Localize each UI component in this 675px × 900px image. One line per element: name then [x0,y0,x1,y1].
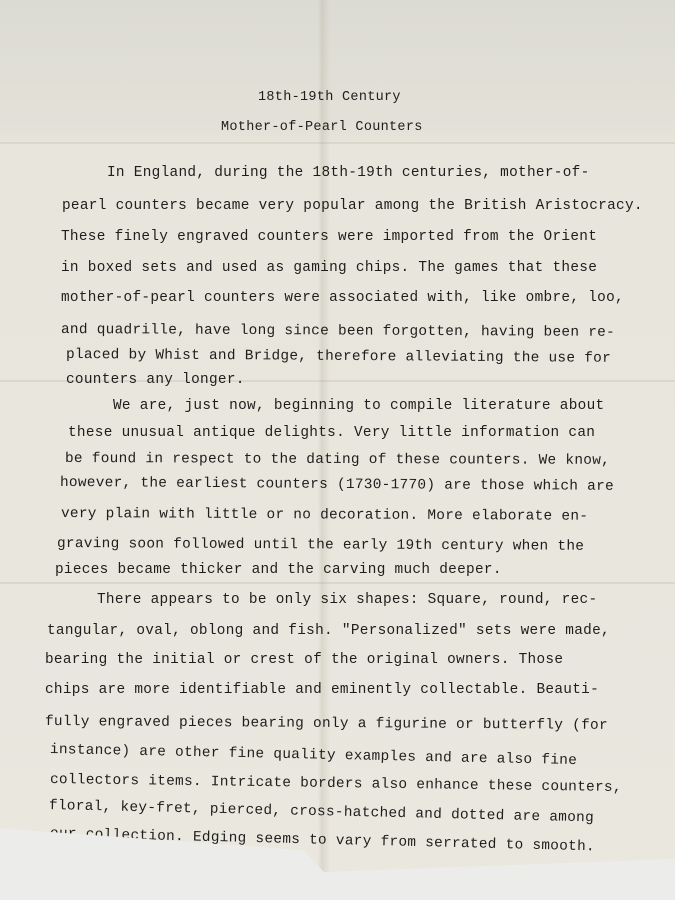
paragraph-2-line: We are, just now, beginning to compile l… [113,398,604,414]
paragraph-1-line: counters any longer. [66,372,245,388]
paragraph-2-line: however, the earliest counters (1730-177… [60,475,614,495]
paragraph-2-line: graving soon followed until the early 19… [57,536,584,555]
paragraph-1-line: pearl counters became very popular among… [62,198,643,214]
paragraph-3-line: tangular, oval, oblong and fish. "Person… [47,623,610,639]
paragraph-3-line: There appears to be only six shapes: Squ… [97,592,597,608]
heading-line1: 18th-19th Century [258,90,401,105]
typed-document-page: 18th-19th Century Mother-of-Pearl Counte… [0,0,675,872]
paragraph-3-line: instance) are other fine quality example… [50,742,577,769]
paragraph-3-line: bearing the initial or crest of the orig… [45,652,563,668]
paragraph-1-line: In England, during the 18th-19th centuri… [107,165,590,181]
paragraph-2-line: very plain with little or no decoration.… [61,506,588,525]
fold-crease [0,142,675,144]
paragraph-3-line: floral, key-fret, pierced, cross-hatched… [49,798,594,826]
paragraph-1-line: placed by Whist and Bridge, therefore al… [66,347,611,367]
paragraph-3-line: chips are more identifiable and eminentl… [45,682,599,698]
paragraph-1-line: mother-of-pearl counters were associated… [61,290,624,306]
paragraph-3-line: fully engraved pieces bearing only a fig… [45,714,608,734]
heading-title: Mother-of-Pearl Counters [221,120,423,135]
paragraph-1-line: in boxed sets and used as gaming chips. … [61,260,597,276]
heading-century: 18th-19th Century [258,90,401,105]
paragraph-3-line: our collection. Edging seems to vary fro… [50,826,595,855]
paragraph-2-line: these unusual antique delights. Very lit… [68,425,595,441]
paragraph-1-line: and quadrille, have long since been forg… [61,322,615,341]
paragraph-2-line: be found in respect to the dating of the… [65,451,610,469]
paragraph-2-line: pieces became thicker and the carving mu… [55,562,502,578]
paragraph-3-line: collectors items. Intricate borders also… [50,772,622,796]
paragraph-1-line: These finely engraved counters were impo… [61,229,597,245]
fold-crease [0,582,675,584]
